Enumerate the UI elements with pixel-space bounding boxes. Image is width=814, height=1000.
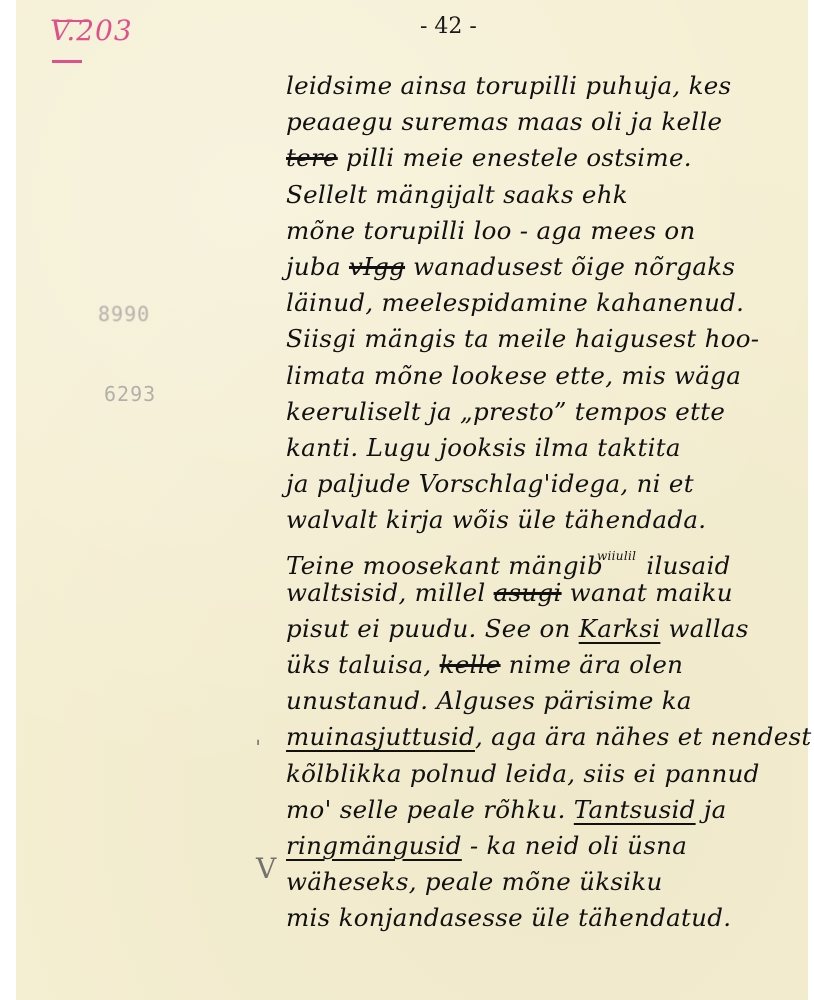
manuscript-line: walvalt kirja wõis üle tähendada. <box>286 502 796 538</box>
margin-check-mark: V <box>256 852 276 885</box>
manuscript-line: peaaegu suremas maas oli ja kelle <box>286 104 796 140</box>
line-text: wanadusest õige nõrgaks <box>405 252 735 281</box>
line-text: kõlblikka polnud leida, siis ei pannud <box>286 759 760 788</box>
page-number: - 42 - <box>420 14 477 39</box>
manuscript-line: tere pilli meie enestele ostsime. <box>286 140 796 176</box>
line-text: wallas <box>660 614 748 643</box>
manuscript-line: jubа vIgg wanadusest õige nõrgaks <box>286 249 796 285</box>
manuscript-line: Sellelt mängijalt saaks ehk <box>286 177 796 213</box>
archive-mark-underline <box>52 60 82 63</box>
archive-stamp-faded: 8990 <box>98 302 150 326</box>
underlined-word: Tantsusid <box>574 795 696 824</box>
line-text: nime ära olen <box>501 650 684 679</box>
line-text-prefix: waltsisid, millel <box>286 578 494 607</box>
manuscript-line: unustanud. Alguses pärisime ka <box>286 683 796 719</box>
line-text: limata mõne lookesе ette, mis wäga <box>286 361 741 390</box>
struck-out-word: asugi <box>494 578 562 607</box>
line-text: keeruliselt ja „presto” tempos ette <box>286 397 725 426</box>
manuscript-line: pisut ei puudu. See on Karksi wallas <box>286 611 796 647</box>
archive-mark: V.203 <box>50 14 133 47</box>
line-text: - ka neid oli üsna <box>462 831 687 860</box>
underlined-word: Karksi <box>579 614 661 643</box>
manuscript-line: kõlblikka polnud leida, siis ei pannud <box>286 756 796 792</box>
line-text-prefix: jubа <box>286 252 349 281</box>
interlinear-insertion: wiiulil <box>597 549 636 563</box>
archive-stamp-number: 6293 <box>104 382 156 406</box>
line-text: kanti. Lugu jooksis ilma taktita <box>286 433 681 462</box>
line-text: Siisgi mängis ta meile haigusest hoo- <box>286 324 759 353</box>
line-text: walvalt kirja wõis üle tähendada. <box>286 505 706 534</box>
line-text: unustanud. Alguses pärisime ka <box>286 686 692 715</box>
archive-mark-overline <box>54 20 90 22</box>
archive-mark-text: V.203 <box>50 14 133 47</box>
manuscript-line: muinasjuttusid, aga ära nähes et nendest <box>286 719 796 755</box>
struck-out-word: tere <box>286 143 338 172</box>
handwritten-text-body: leidsime ainsa torupilli puhuja, kespeaa… <box>286 68 796 937</box>
underlined-word: muinasjuttusid <box>286 722 475 751</box>
manuscript-line: läinud, meelespidamine kahanenud. <box>286 285 796 321</box>
manuscript-line: wäheseks, peale mõne üksiku <box>286 864 796 900</box>
manuscript-line: mis konjandasesse üle tähendatud. <box>286 900 796 936</box>
manuscript-line: keeruliselt ja „presto” tempos ette <box>286 394 796 430</box>
manuscript-line: ringmängusid - ka neid oli üsna <box>286 828 796 864</box>
manuscript-line: üks taluisa, kelle nime ära olen <box>286 647 796 683</box>
manuscript-line: leidsime ainsa torupilli puhuja, kes <box>286 68 796 104</box>
line-text: ja <box>696 795 727 824</box>
manuscript-line: limata mõne lookesе ette, mis wäga <box>286 358 796 394</box>
struck-out-word: kelle <box>440 650 501 679</box>
manuscript-line: mo' selle peale rõhku. Tantsusid ja <box>286 792 796 828</box>
line-text-prefix: pisut ei puudu. See on <box>286 614 579 643</box>
line-text: Sellelt mängijalt saaks ehk <box>286 180 628 209</box>
line-text-prefix: üks taluisa, <box>286 650 440 679</box>
manuscript-line: ja paljude Vorschlag'idega, ni et <box>286 466 796 502</box>
manuscript-line: Teine moosekant mängibwiiulil ilusaid <box>286 538 796 574</box>
struck-out-word: vIgg <box>349 252 405 281</box>
margin-check-mark: ˈ <box>255 738 261 763</box>
line-text-prefix: mo' selle peale rõhku. <box>286 795 574 824</box>
manuscript-line: kanti. Lugu jooksis ilma taktita <box>286 430 796 466</box>
line-text: ja paljude Vorschlag'idega, ni et <box>286 469 694 498</box>
line-text: wanat maiku <box>562 578 733 607</box>
line-text: wäheseks, peale mõne üksiku <box>286 867 663 896</box>
line-text: leidsime ainsa torupilli puhuja, kes <box>286 71 731 100</box>
underlined-word: ringmängusid <box>286 831 462 860</box>
line-text: läinud, meelespidamine kahanenud. <box>286 288 744 317</box>
line-text: peaaegu suremas maas oli ja kelle <box>286 107 722 136</box>
manuscript-line: waltsisid, millel asugi wanat maiku <box>286 575 796 611</box>
line-text: , aga ära nähes et nendest <box>475 722 812 751</box>
manuscript-line: Siisgi mängis ta meile haigusest hoo- <box>286 321 796 357</box>
line-text: mis konjandasesse üle tähendatud. <box>286 903 731 932</box>
line-text: pilli meie enestele ostsime. <box>338 143 692 172</box>
line-text: mõne torupilli loo - aga mees on <box>286 216 696 245</box>
manuscript-line: mõne torupilli loo - aga mees on <box>286 213 796 249</box>
